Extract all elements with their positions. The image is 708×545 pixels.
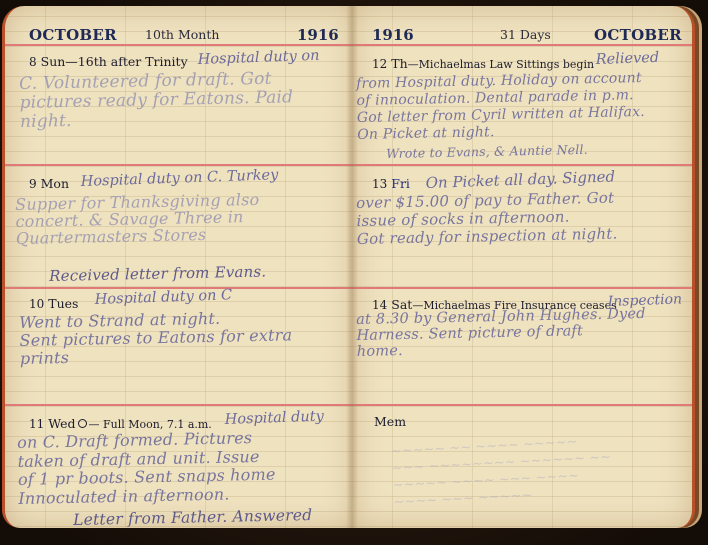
handwriting-extra: Received letter from Evans. <box>49 263 266 284</box>
day-number: 11 <box>29 417 44 431</box>
weekday: Wed <box>48 416 75 431</box>
day-number: 8 <box>29 55 37 69</box>
header-day-count: 31 Days <box>500 27 551 42</box>
handwriting: C. Volunteered for draft. Got pictures r… <box>19 69 294 132</box>
printed-note: —Michaelmas Law Sittings begin <box>408 58 594 71</box>
weekday: Th <box>391 56 407 71</box>
entry-divider <box>352 404 692 406</box>
day-number: 9 <box>29 177 37 191</box>
weekday: Sun <box>41 54 66 69</box>
header-rule <box>5 44 355 46</box>
handwriting: Supper for Thanksgiving also concert. & … <box>15 191 260 247</box>
header-year: 1916 <box>297 26 339 44</box>
printed-note: —16th after Trinity <box>65 54 187 69</box>
day-label: 12 Th—Michaelmas Law Sittings begin <box>372 56 594 71</box>
weekday: Fri <box>391 176 410 191</box>
entry-divider <box>5 164 355 166</box>
handwriting-first-line: Hospital duty <box>224 409 324 428</box>
header-month: OCTOBER <box>594 26 682 44</box>
day-number: 12 <box>372 57 387 71</box>
bleed-through-writing: ~~~~~ ~~ ~~~~ ~~~~~ ~~~ ~~~~~~~~ ~~~~~~ … <box>390 429 673 512</box>
day-number: 10 <box>29 297 44 311</box>
day-number: 13 <box>372 177 387 191</box>
full-moon-icon <box>78 419 87 428</box>
day-label: 9 Mon <box>29 176 69 191</box>
handwriting-first-line: Hospital duty on C <box>94 287 232 308</box>
header-rule <box>352 44 692 46</box>
handwriting: Went to Strand at night. Sent pictures t… <box>19 308 293 368</box>
header-year: 1916 <box>372 26 414 44</box>
weekday: Tues <box>48 296 78 311</box>
page-header-left: OCTOBER 10th Month 1916 <box>5 20 355 44</box>
handwriting-first-line: Hospital duty on <box>197 48 319 68</box>
handwriting-extra: Wrote to Evans, & Auntie Nell. <box>386 142 588 163</box>
entry-divider <box>5 404 355 406</box>
handwriting-first-line: Hospital duty on C. Turkey <box>80 167 278 190</box>
entry-divider <box>352 164 692 166</box>
header-month: OCTOBER <box>29 26 117 44</box>
day-number: 14 <box>372 298 387 312</box>
header-month-number: 10th Month <box>145 27 219 42</box>
handwriting: from Hospital duty. Holiday on account o… <box>356 70 645 144</box>
diary-page-right: 1916 31 Days OCTOBER 12 Th—Michaelmas La… <box>352 6 695 528</box>
diary-page-left: OCTOBER 10th Month 1916 8 Sun—16th after… <box>2 6 355 528</box>
day-label: 10 Tues <box>29 296 78 311</box>
handwriting-first-line: Relieved <box>595 50 659 68</box>
weekday: Mon <box>41 176 69 191</box>
memo-label: Mem <box>374 414 406 429</box>
handwriting-extra: Letter from Father. Answered <box>73 507 312 528</box>
entry-divider <box>352 287 692 289</box>
handwriting: over $15.00 of pay to Father. Got issue … <box>356 189 618 248</box>
weekday: Sat <box>391 297 412 312</box>
day-label: 13 Fri <box>372 176 410 191</box>
page-header-right: 1916 31 Days OCTOBER <box>352 20 692 44</box>
handwriting: at 8.30 by General John Hughes. Dyed Har… <box>356 306 646 360</box>
handwriting: on C. Draft formed. Pictures taken of dr… <box>17 429 276 508</box>
day-label: 8 Sun—16th after Trinity <box>29 54 188 69</box>
